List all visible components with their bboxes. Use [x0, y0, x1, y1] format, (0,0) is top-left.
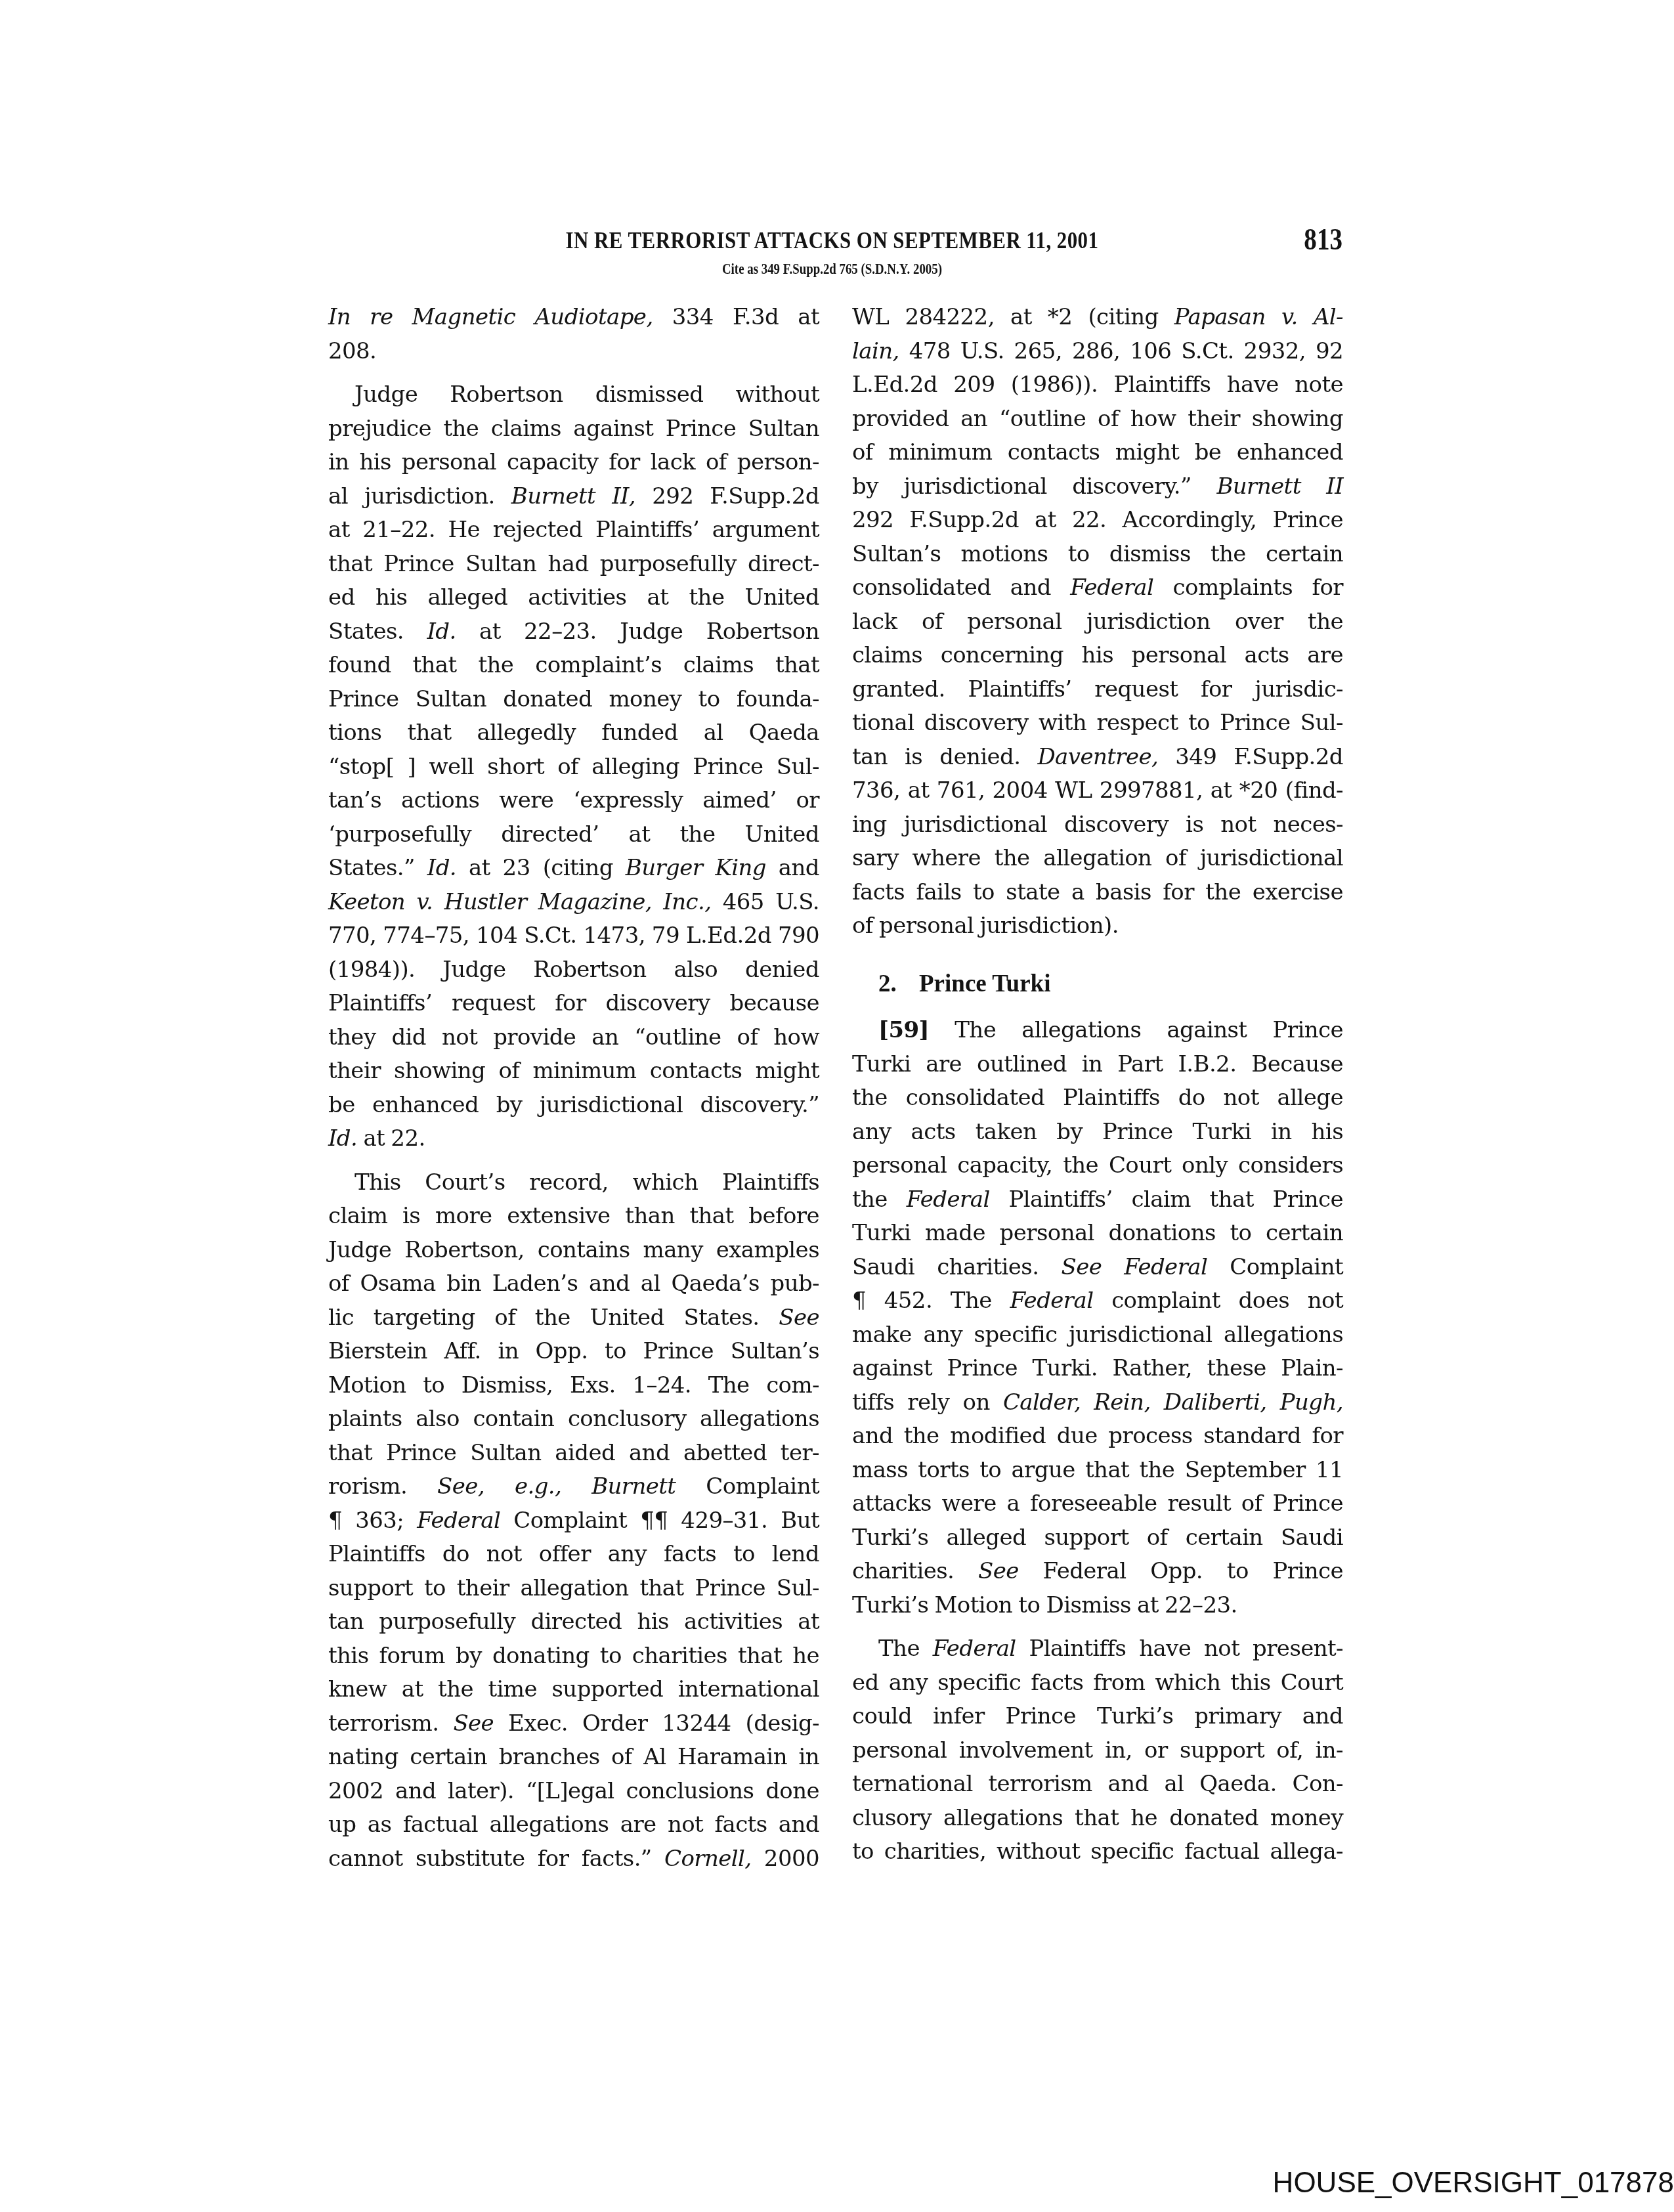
text-run: 736, at 761, 2004 WL 2997881, at *20 (fi…: [852, 777, 1343, 804]
text-run: This Court’s record, which Plaintiffs: [354, 1169, 819, 1196]
text-line: Judge Robertson, contains many examples: [328, 1234, 819, 1268]
text-run: provided an “outline of how their showin…: [852, 406, 1343, 432]
text-run: the consolidated Plaintiffs do not alleg…: [852, 1085, 1343, 1111]
text-line: plaints also contain conclusory allegati…: [328, 1402, 819, 1437]
text-run: against Prince Turki. Rather, these Plai…: [852, 1355, 1343, 1381]
italic-citation: lain,: [852, 338, 899, 364]
text-run: Exec. Order 13244 (desig-: [494, 1710, 819, 1737]
text-run: Prince Sultan donated money to founda-: [328, 686, 819, 712]
text-run: cannot substitute for facts.”: [328, 1846, 664, 1872]
text-run: Complaint: [676, 1473, 819, 1500]
text-line: by jurisdictional discovery.” Burnett II: [852, 470, 1343, 504]
italic-citation: See, e.g., Burnett: [437, 1473, 676, 1500]
italic-citation: Id.: [427, 855, 456, 881]
text-line: Prince Sultan donated money to founda-: [328, 683, 819, 717]
text-run: States.: [328, 618, 427, 645]
text-run: in his personal capacity for lack of per…: [328, 449, 819, 475]
text-run: by jurisdictional discovery.”: [852, 473, 1216, 500]
text-run: personal capacity, the Court only consid…: [852, 1152, 1343, 1179]
paragraph: WL 284222, at *2 (citing Papasan v. Al-l…: [852, 301, 1343, 943]
text-run: Plaintiffs’ claim that Prince: [990, 1186, 1343, 1213]
text-run: The allegations against Prince: [929, 1017, 1343, 1043]
text-run: facts fails to state a basis for the exe…: [852, 879, 1343, 905]
text-run: Turki’s alleged support of certain Saudi: [852, 1525, 1343, 1551]
text-run: support to their allegation that Prince …: [328, 1575, 819, 1601]
text-line: claim is more extensive than that before: [328, 1200, 819, 1234]
text-line: prejudice the claims against Prince Sult…: [328, 412, 819, 446]
text-run: they did not provide an “outline of how: [328, 1024, 819, 1051]
text-run: 349 F.Supp.2d: [1158, 744, 1343, 770]
text-line: of minimum contacts might be enhanced: [852, 436, 1343, 470]
text-line: Bierstein Aff. in Opp. to Prince Sultan’…: [328, 1335, 819, 1369]
text-run: at 21–22. He rejected Plaintiffs’ argume…: [328, 517, 819, 543]
text-line: This Court’s record, which Plaintiffs: [328, 1166, 819, 1200]
italic-citation: Federal: [1070, 575, 1153, 601]
text-line: ¶ 452. The Federal complaint does not: [852, 1284, 1343, 1318]
text-run: 465 U.S.: [711, 889, 819, 915]
text-run: found that the complaint’s claims that: [328, 652, 819, 678]
headnote-number: [59]: [878, 1017, 929, 1043]
text-line: rorism. See, e.g., Burnett Complaint: [328, 1470, 819, 1504]
text-line: at 21–22. He rejected Plaintiffs’ argume…: [328, 513, 819, 548]
text-line: Id. at 22.: [328, 1122, 819, 1156]
italic-citation: Papasan v. Al-: [1174, 304, 1343, 330]
text-run: ‘purposefully directed’ at the United: [328, 821, 819, 848]
text-run: ed any specific facts from which this Co…: [852, 1670, 1343, 1696]
text-line: tional discovery with respect to Prince …: [852, 706, 1343, 741]
text-line: personal capacity, the Court only consid…: [852, 1149, 1343, 1183]
text-line: Sultan’s motions to dismiss the certain: [852, 538, 1343, 572]
text-line: lack of personal jurisdiction over the: [852, 605, 1343, 640]
text-run: attacks were a foreseeable result of Pri…: [852, 1490, 1343, 1517]
text-run: make any specific jurisdictional allegat…: [852, 1322, 1343, 1348]
text-line: any acts taken by Prince Turki in his: [852, 1116, 1343, 1150]
text-line: Turki’s Motion to Dismiss at 22–23.: [852, 1589, 1343, 1623]
text-run: Bierstein Aff. in Opp. to Prince Sultan’…: [328, 1338, 819, 1364]
text-run: mass torts to argue that the September 1…: [852, 1457, 1343, 1483]
text-run: that Prince Sultan aided and abetted ter…: [328, 1440, 819, 1466]
text-run: terrorism.: [328, 1710, 453, 1737]
text-run: al jurisdiction.: [328, 483, 511, 510]
text-line: tan purposefully directed his activities…: [328, 1605, 819, 1639]
italic-citation: Id.: [328, 1125, 357, 1152]
text-run: any acts taken by Prince Turki in his: [852, 1119, 1343, 1145]
text-line: “stop[ ] well short of alleging Prince S…: [328, 750, 819, 785]
text-line: against Prince Turki. Rather, these Plai…: [852, 1352, 1343, 1386]
text-line: Judge Robertson dismissed without: [328, 378, 819, 412]
text-run: 770, 774–75, 104 S.Ct. 1473, 79 L.Ed.2d …: [328, 922, 819, 949]
text-line: personal involvement in, or support of, …: [852, 1734, 1343, 1768]
text-line: Keeton v. Hustler Magazine, Inc., 465 U.…: [328, 886, 819, 920]
section-title: Prince Turki: [919, 970, 1050, 997]
text-run: Judge Robertson dismissed without: [354, 381, 819, 408]
text-line: lic targeting of the United States. See: [328, 1301, 819, 1335]
text-line: al jurisdiction. Burnett II, 292 F.Supp.…: [328, 480, 819, 514]
text-line: tiffs rely on Calder, Rein, Daliberti, P…: [852, 1386, 1343, 1420]
italic-citation: Keeton v. Hustler Magazine, Inc.,: [328, 889, 711, 915]
section-heading: 2.Prince Turki: [852, 967, 1343, 1001]
text-run: rorism.: [328, 1473, 437, 1500]
text-run: lic targeting of the United States.: [328, 1305, 779, 1331]
text-run: personal involvement in, or support of, …: [852, 1737, 1343, 1764]
text-run: ternational terrorism and al Qaeda. Con-: [852, 1771, 1343, 1797]
text-line: mass torts to argue that the September 1…: [852, 1454, 1343, 1488]
italic-citation: Federal: [933, 1636, 1016, 1662]
text-run: Saudi charities.: [852, 1254, 1062, 1280]
italic-citation: Federal: [417, 1507, 500, 1534]
text-line: be enhanced by jurisdictional discovery.…: [328, 1089, 819, 1123]
text-run: Plaintiffs’ request for discovery becaus…: [328, 990, 819, 1016]
text-line: (1984)). Judge Robertson also denied: [328, 953, 819, 987]
text-line: consolidated and Federal complaints for: [852, 571, 1343, 605]
paragraph: In re Magnetic Audiotape, 334 F.3d at208…: [328, 301, 819, 368]
text-run: prejudice the claims against Prince Sult…: [328, 416, 819, 442]
text-run: Plaintiffs do not offer any facts to len…: [328, 1541, 819, 1567]
text-run: States.”: [328, 855, 427, 881]
text-run: sary where the allegation of jurisdictio…: [852, 845, 1343, 871]
text-line: facts fails to state a basis for the exe…: [852, 876, 1343, 910]
text-line: claims concerning his personal acts are: [852, 639, 1343, 673]
text-line: of personal jurisdiction).: [852, 909, 1343, 943]
bates-number: HOUSE_OVERSIGHT_017878: [1273, 2167, 1674, 2200]
citation-line: Cite as 349 F.Supp.2d 765 (S.D.N.Y. 2005…: [543, 260, 1122, 278]
text-line: ‘purposefully directed’ at the United: [328, 818, 819, 852]
text-run: knew at the time supported international: [328, 1676, 819, 1702]
text-line: ¶ 363; Federal Complaint ¶¶ 429–31. But: [328, 1504, 819, 1538]
text-line: their showing of minimum contacts might: [328, 1054, 819, 1089]
italic-citation: Burnett II,: [511, 483, 635, 510]
text-line: 770, 774–75, 104 S.Ct. 1473, 79 L.Ed.2d …: [328, 919, 819, 953]
text-run: complaint does not: [1093, 1288, 1343, 1314]
text-line: ing jurisdictional discovery is not nece…: [852, 808, 1343, 842]
text-line: tan is denied. Daventree, 349 F.Supp.2d: [852, 741, 1343, 775]
text-line: attacks were a foreseeable result of Pri…: [852, 1487, 1343, 1521]
text-run: at 22–23. Judge Robertson: [456, 618, 819, 645]
text-run: (1984)). Judge Robertson also denied: [328, 957, 819, 983]
text-run: Turki’s Motion to Dismiss at 22–23.: [852, 1592, 1237, 1618]
text-run: of minimum contacts might be enhanced: [852, 439, 1343, 466]
text-line: Motion to Dismiss, Exs. 1–24. The com-: [328, 1369, 819, 1403]
text-line: In re Magnetic Audiotape, 334 F.3d at: [328, 301, 819, 335]
paragraph: The Federal Plaintiffs have not present-…: [852, 1632, 1343, 1869]
text-line: sary where the allegation of jurisdictio…: [852, 842, 1343, 876]
text-run: WL 284222, at *2 (citing: [852, 304, 1174, 330]
text-line: ed any specific facts from which this Co…: [852, 1666, 1343, 1701]
text-run: Complaint ¶¶ 429–31. But: [500, 1507, 819, 1534]
italic-citation: Calder, Rein, Daliberti, Pugh,: [1003, 1389, 1343, 1416]
left-column: In re Magnetic Audiotape, 334 F.3d at208…: [328, 301, 819, 1886]
text-run: that Prince Sultan had purposefully dire…: [328, 551, 819, 577]
text-run: 292 F.Supp.2d: [635, 483, 819, 510]
text-line: could infer Prince Turki’s primary and: [852, 1700, 1343, 1734]
text-line: States.” Id. at 23 (citing Burger King a…: [328, 852, 819, 886]
text-run: 478 U.S. 265, 286, 106 S.Ct. 2932, 92: [899, 338, 1343, 364]
text-line: that Prince Sultan aided and abetted ter…: [328, 1437, 819, 1471]
text-run: Turki are outlined in Part I.B.2. Becaus…: [852, 1051, 1343, 1077]
text-line: terrorism. See Exec. Order 13244 (desig-: [328, 1707, 819, 1741]
text-line: L.Ed.2d 209 (1986)). Plaintiffs have not…: [852, 368, 1343, 402]
text-run: plaints also contain conclusory allegati…: [328, 1406, 819, 1432]
text-line: and the modified due process standard fo…: [852, 1420, 1343, 1454]
text-line: ternational terrorism and al Qaeda. Con-: [852, 1767, 1343, 1802]
text-run: and the modified due process standard fo…: [852, 1423, 1343, 1449]
text-line: Plaintiffs do not offer any facts to len…: [328, 1538, 819, 1572]
text-line: WL 284222, at *2 (citing Papasan v. Al-: [852, 301, 1343, 335]
text-line: tions that allegedly funded al Qaeda: [328, 716, 819, 750]
text-line: up as factual allegations are not facts …: [328, 1808, 819, 1842]
text-run: at 22.: [357, 1125, 425, 1152]
text-run: 292 F.Supp.2d at 22. Accordingly, Prince: [852, 507, 1343, 533]
italic-citation: Cornell,: [664, 1846, 752, 1872]
text-line: granted. Plaintiffs’ request for jurisdi…: [852, 673, 1343, 707]
text-run: Motion to Dismiss, Exs. 1–24. The com-: [328, 1372, 819, 1399]
text-run: 208.: [328, 338, 376, 364]
text-line: ed his alleged activities at the United: [328, 581, 819, 615]
text-line: support to their allegation that Prince …: [328, 1572, 819, 1606]
text-line: they did not provide an “outline of how: [328, 1021, 819, 1055]
text-line: the Federal Plaintiffs’ claim that Princ…: [852, 1183, 1343, 1217]
text-line: Turki’s alleged support of certain Saudi: [852, 1521, 1343, 1555]
text-run: claim is more extensive than that before: [328, 1203, 819, 1229]
text-run: granted. Plaintiffs’ request for jurisdi…: [852, 676, 1343, 703]
text-run: ¶ 363;: [328, 1507, 417, 1534]
text-line: the consolidated Plaintiffs do not alleg…: [852, 1081, 1343, 1116]
text-run: nating certain branches of Al Haramain i…: [328, 1744, 819, 1770]
text-run: claims concerning his personal acts are: [852, 642, 1343, 668]
text-run: The: [878, 1636, 933, 1662]
text-run: 2000: [752, 1846, 819, 1872]
text-run: tan’s actions were ‘expressly aimed’ or: [328, 787, 819, 813]
text-run: 334 F.3d at: [653, 304, 819, 330]
text-line: 208.: [328, 335, 819, 369]
italic-citation: Burnett II: [1216, 473, 1343, 500]
text-run: charities.: [852, 1558, 978, 1584]
text-line: 2002 and later). “[L]egal conclusions do…: [328, 1775, 819, 1809]
text-run: up as factual allegations are not facts …: [328, 1811, 819, 1838]
text-run: tions that allegedly funded al Qaeda: [328, 720, 819, 746]
text-line: of Osama bin Laden’s and al Qaeda’s pub-: [328, 1267, 819, 1301]
text-line: nating certain branches of Al Haramain i…: [328, 1741, 819, 1775]
text-run: could infer Prince Turki’s primary and: [852, 1703, 1343, 1729]
text-line: clusory allegations that he donated mone…: [852, 1802, 1343, 1836]
italic-citation: Burger King: [626, 855, 766, 881]
text-line: Plaintiffs’ request for discovery becaus…: [328, 987, 819, 1021]
text-line: make any specific jurisdictional allegat…: [852, 1318, 1343, 1353]
text-run: lack of personal jurisdiction over the: [852, 609, 1343, 635]
text-run: tiffs rely on: [852, 1389, 1003, 1416]
text-line: 736, at 761, 2004 WL 2997881, at *20 (fi…: [852, 774, 1343, 808]
italic-citation: Id.: [427, 618, 456, 645]
section-number: 2.: [878, 967, 919, 1001]
italic-citation: See: [453, 1710, 494, 1737]
text-run: ¶ 452. The: [852, 1288, 1010, 1314]
text-run: tan purposefully directed his activities…: [328, 1609, 819, 1635]
text-run: consolidated and: [852, 575, 1070, 601]
text-line: [59] The allegations against Prince: [852, 1014, 1343, 1048]
text-line: in his personal capacity for lack of per…: [328, 446, 819, 480]
text-line: that Prince Sultan had purposefully dire…: [328, 548, 819, 582]
text-run: and: [766, 855, 819, 881]
text-line: 292 F.Supp.2d at 22. Accordingly, Prince: [852, 504, 1343, 538]
text-run: the: [852, 1186, 907, 1213]
text-run: of personal jurisdiction).: [852, 913, 1119, 939]
text-run: Federal Opp. to Prince: [1019, 1558, 1343, 1584]
running-head: IN RE TERRORIST ATTACKS ON SEPTEMBER 11,…: [528, 227, 1136, 253]
paragraph: [59] The allegations against PrinceTurki…: [852, 1014, 1343, 1622]
text-run: Judge Robertson, contains many examples: [328, 1237, 819, 1263]
text-run: to charities, without specific factual a…: [852, 1838, 1343, 1865]
right-column: WL 284222, at *2 (citing Papasan v. Al-l…: [852, 301, 1343, 1879]
text-line: found that the complaint’s claims that: [328, 649, 819, 683]
text-run: clusory allegations that he donated mone…: [852, 1805, 1343, 1831]
text-run: of Osama bin Laden’s and al Qaeda’s pub-: [328, 1270, 819, 1297]
text-run: tan is denied.: [852, 744, 1037, 770]
text-line: Turki made personal donations to certain: [852, 1217, 1343, 1251]
italic-citation: See: [978, 1558, 1019, 1584]
text-run: this forum by donating to charities that…: [328, 1643, 819, 1669]
text-run: Sultan’s motions to dismiss the certain: [852, 541, 1343, 567]
text-line: cannot substitute for facts.” Cornell, 2…: [328, 1842, 819, 1876]
text-line: this forum by donating to charities that…: [328, 1639, 819, 1674]
text-run: at 23 (citing: [456, 855, 626, 881]
italic-citation: Federal: [1010, 1288, 1093, 1314]
text-run: Turki made personal donations to certain: [852, 1220, 1343, 1246]
italic-citation: See Federal: [1062, 1254, 1208, 1280]
paragraph: Judge Robertson dismissed withoutprejudi…: [328, 378, 819, 1156]
text-line: lain, 478 U.S. 265, 286, 106 S.Ct. 2932,…: [852, 335, 1343, 369]
text-run: “stop[ ] well short of alleging Prince S…: [328, 754, 819, 780]
text-run: Complaint: [1207, 1254, 1343, 1280]
text-line: provided an “outline of how their showin…: [852, 402, 1343, 437]
text-run: ing jurisdictional discovery is not nece…: [852, 812, 1343, 838]
italic-citation: Federal: [907, 1186, 990, 1213]
page-number: 813: [1293, 223, 1343, 256]
text-line: knew at the time supported international: [328, 1673, 819, 1707]
text-line: tan’s actions were ‘expressly aimed’ or: [328, 784, 819, 818]
text-run: tional discovery with respect to Prince …: [852, 710, 1343, 736]
text-run: complaints for: [1153, 575, 1343, 601]
text-line: States. Id. at 22–23. Judge Robertson: [328, 615, 819, 649]
text-line: Saudi charities. See Federal Complaint: [852, 1251, 1343, 1285]
text-run: 2002 and later). “[L]egal conclusions do…: [328, 1778, 819, 1804]
italic-citation: See: [779, 1305, 819, 1331]
italic-citation: Daventree,: [1037, 744, 1158, 770]
text-run: ed his alleged activities at the United: [328, 584, 819, 611]
text-line: Turki are outlined in Part I.B.2. Becaus…: [852, 1048, 1343, 1082]
text-run: L.Ed.2d 209 (1986)). Plaintiffs have not…: [852, 372, 1343, 398]
italic-citation: In re Magnetic Audiotape,: [328, 304, 653, 330]
text-line: The Federal Plaintiffs have not present-: [852, 1632, 1343, 1666]
paragraph: This Court’s record, which Plaintiffscla…: [328, 1166, 819, 1876]
text-line: to charities, without specific factual a…: [852, 1835, 1343, 1869]
text-run: be enhanced by jurisdictional discovery.…: [328, 1092, 819, 1118]
text-run: their showing of minimum contacts might: [328, 1058, 819, 1084]
text-run: Plaintiffs have not present-: [1016, 1636, 1343, 1662]
text-line: charities. See Federal Opp. to Prince: [852, 1555, 1343, 1589]
